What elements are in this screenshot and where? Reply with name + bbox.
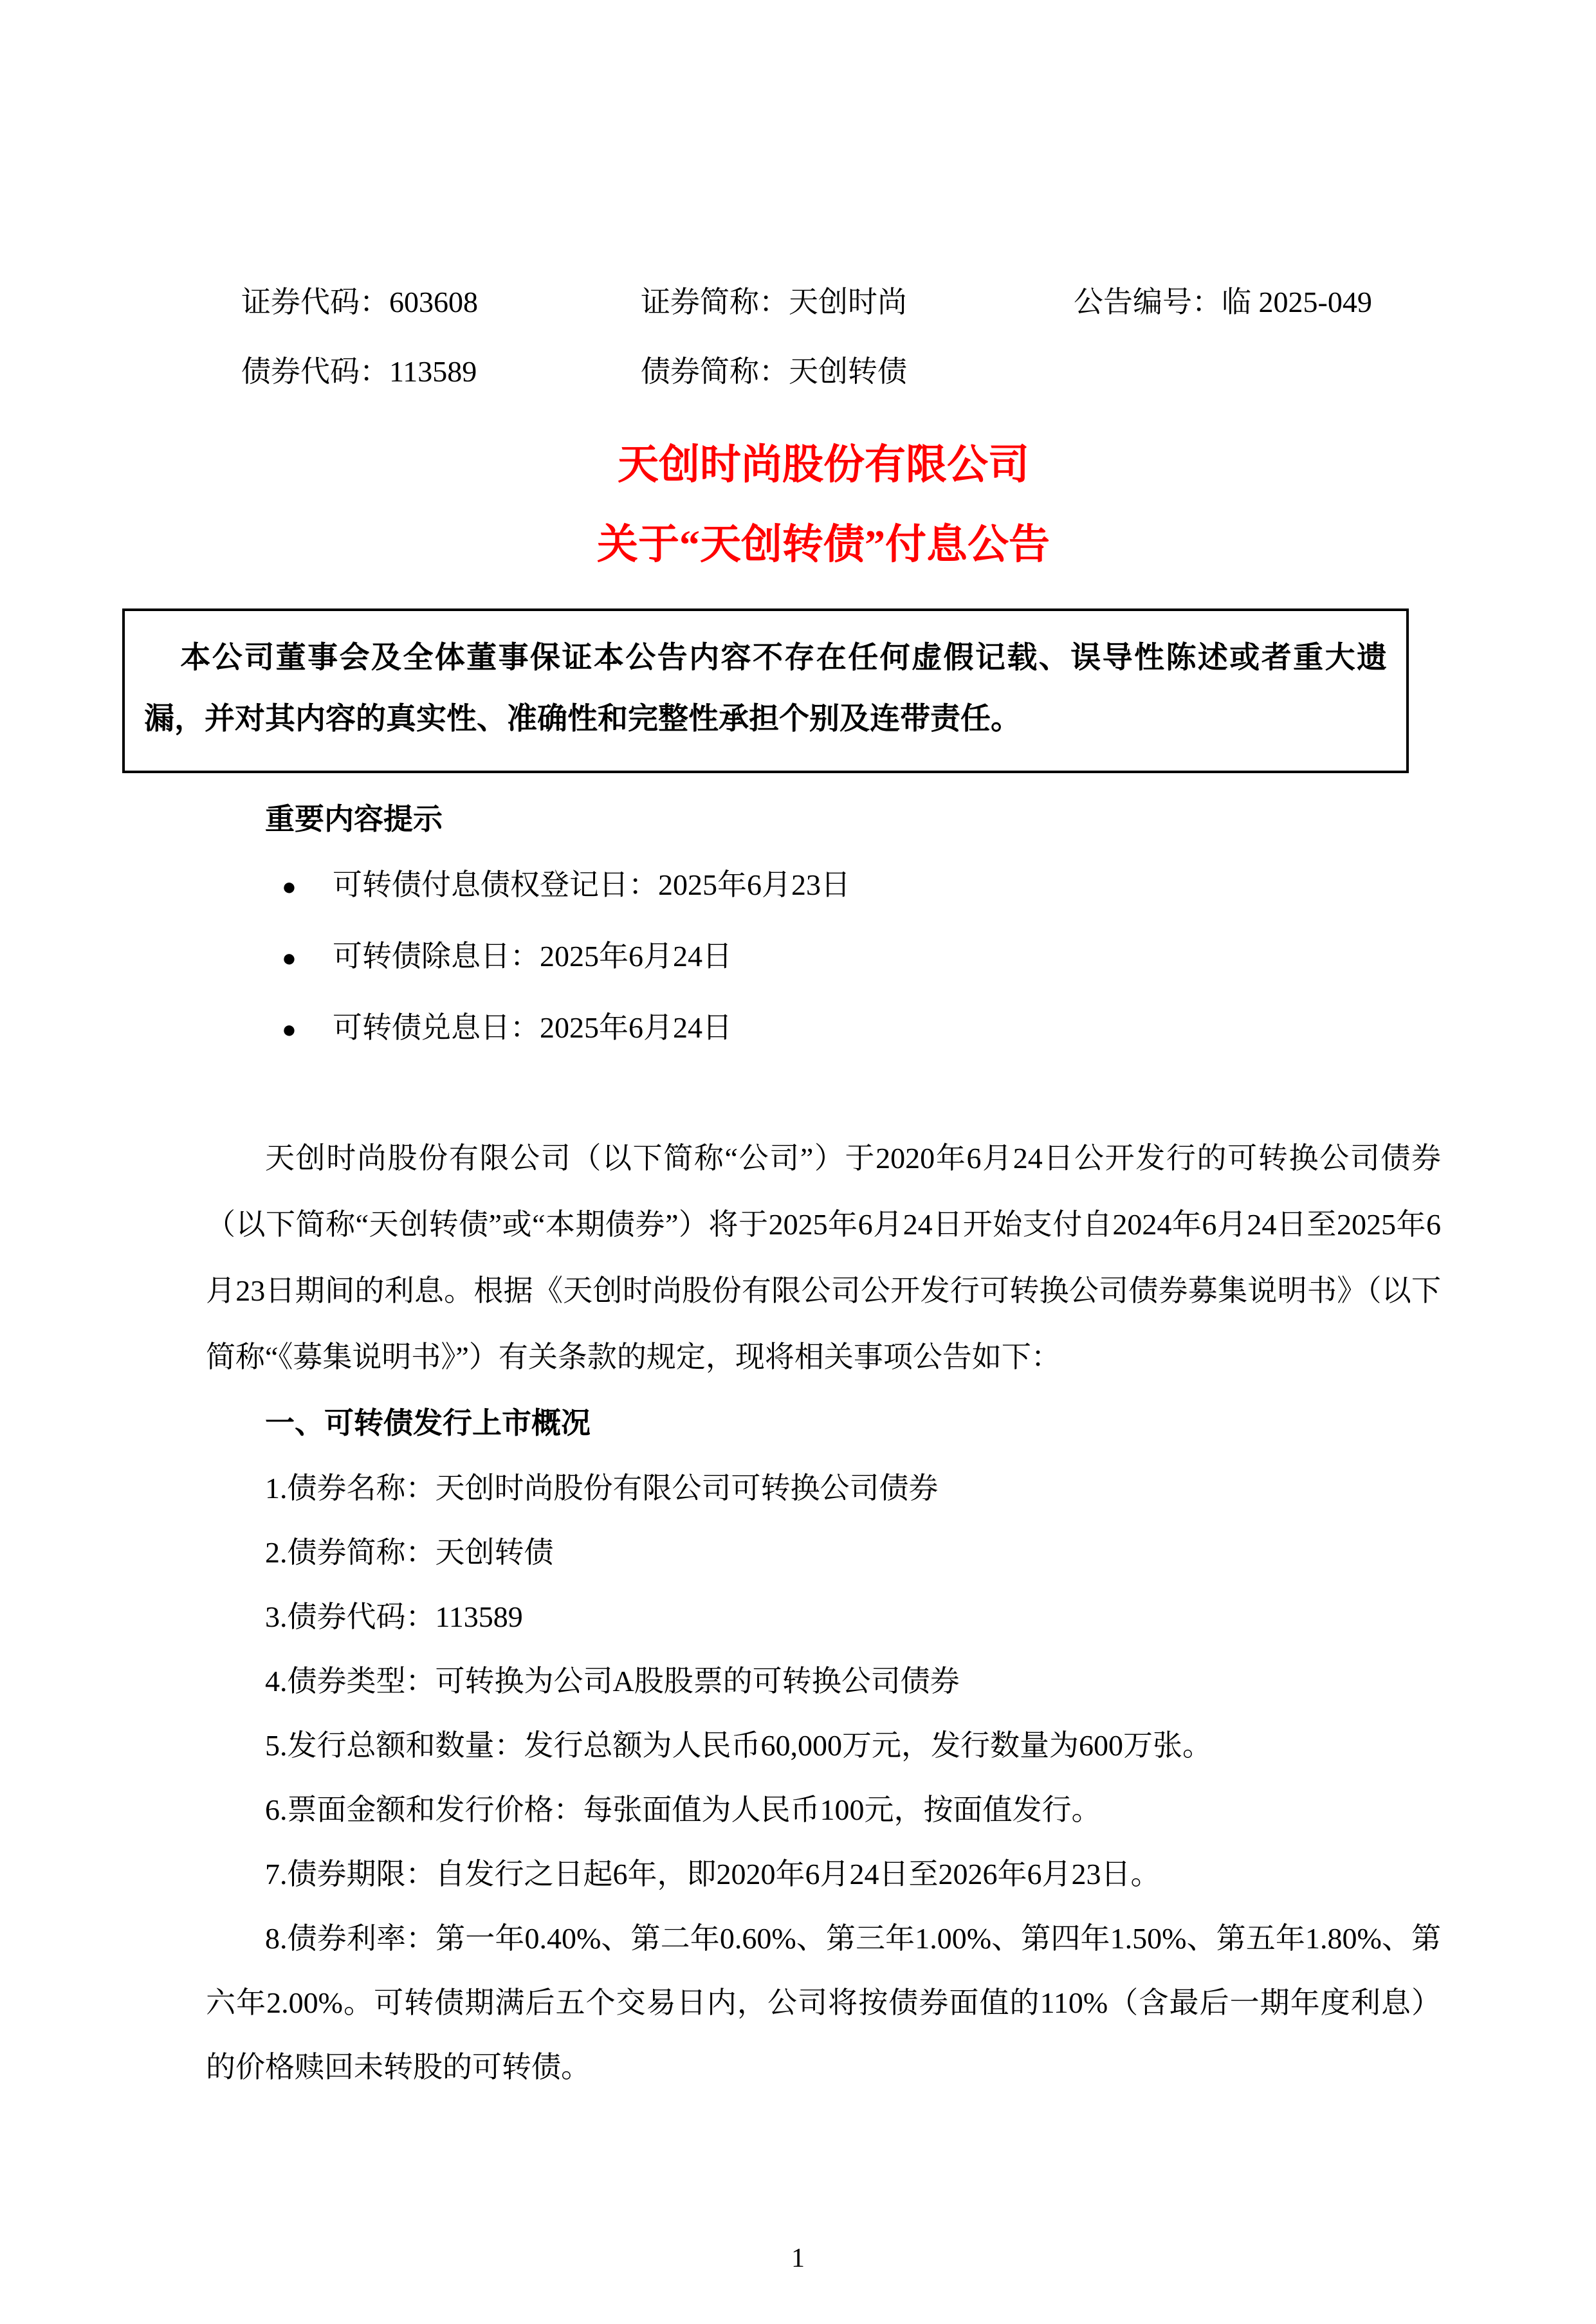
list-item-bond-type: 4.债券类型：可转换为公司A股股票的可转换公司债券 [206, 1649, 1441, 1714]
header-row-bond: 债券代码：113589 债券简称：天创转债 [241, 352, 1441, 391]
bullet-text: 可转债除息日：2025年6月24日 [333, 937, 732, 976]
list-item-bond-interest-rate: 8.债券利率：第一年0.40%、第二年0.60%、第三年1.00%、第四年1.5… [206, 1907, 1441, 2100]
bullet-item-ex-interest-date: ● 可转债除息日：2025年6月24日 [206, 937, 1441, 978]
header-spacer [1074, 352, 1441, 391]
announcement-number: 公告编号：临 2025-049 [1074, 283, 1441, 322]
intro-paragraph: 天创时尚股份有限公司（以下简称“公司”）于2020年6月24日公开发行的可转换公… [206, 1125, 1441, 1390]
announcement-subject-title: 关于“天创转债”付息公告 [206, 521, 1441, 569]
list-item-bond-code: 3.债券代码：113589 [206, 1585, 1441, 1649]
bullet-item-payment-date: ● 可转债兑息日：2025年6月24日 [206, 1009, 1441, 1049]
list-item-face-value: 6.票面金额和发行价格：每张面值为人民币100元，按面值发行。 [206, 1778, 1441, 1842]
disclaimer-box: 本公司董事会及全体董事保证本公告内容不存在任何虚假记载、误导性陈述或者重大遗漏，… [122, 608, 1409, 773]
important-notice-heading: 重要内容提示 [206, 800, 1441, 839]
important-notice-list: ● 可转债付息债权登记日：2025年6月23日 ● 可转债除息日：2025年6月… [206, 866, 1441, 1049]
bullet-text: 可转债付息债权登记日：2025年6月23日 [333, 866, 850, 904]
list-item-bond-term: 7.债券期限：自发行之日起6年，即2020年6月24日至2026年6月23日。 [206, 1842, 1441, 1907]
bond-short-name: 债券简称：天创转债 [641, 352, 1074, 391]
bullet-item-record-date: ● 可转债付息债权登记日：2025年6月23日 [206, 866, 1441, 906]
list-item-bond-name: 1.债券名称：天创时尚股份有限公司可转换公司债券 [206, 1456, 1441, 1521]
stock-short-name: 证券简称：天创时尚 [641, 283, 1074, 322]
company-name-title: 天创时尚股份有限公司 [206, 441, 1441, 489]
page-number: 1 [0, 2243, 1596, 2274]
bond-code: 债券代码：113589 [241, 352, 641, 391]
stock-code: 证券代码：603608 [241, 283, 641, 322]
section-1-heading: 一、可转债发行上市概况 [206, 1390, 1441, 1456]
list-item-bond-short-name: 2.债券简称：天创转债 [206, 1521, 1441, 1585]
document-header: 证券代码：603608 证券简称：天创时尚 公告编号：临 2025-049 债券… [241, 283, 1441, 391]
bullet-icon: ● [282, 1011, 297, 1049]
document-page: 证券代码：603608 证券简称：天创时尚 公告编号：临 2025-049 债券… [0, 0, 1596, 2324]
bullet-icon: ● [282, 939, 297, 978]
document-title: 天创时尚股份有限公司 关于“天创转债”付息公告 [206, 441, 1441, 569]
disclaimer-text: 本公司董事会及全体董事保证本公告内容不存在任何虚假记载、误导性陈述或者重大遗漏，… [144, 628, 1387, 750]
bullet-icon: ● [282, 868, 297, 906]
bullet-text: 可转债兑息日：2025年6月24日 [333, 1009, 732, 1047]
list-item-issue-amount: 5.发行总额和数量：发行总额为人民币60,000万元，发行数量为600万张。 [206, 1714, 1441, 1778]
header-row-stock: 证券代码：603608 证券简称：天创时尚 公告编号：临 2025-049 [241, 283, 1441, 322]
